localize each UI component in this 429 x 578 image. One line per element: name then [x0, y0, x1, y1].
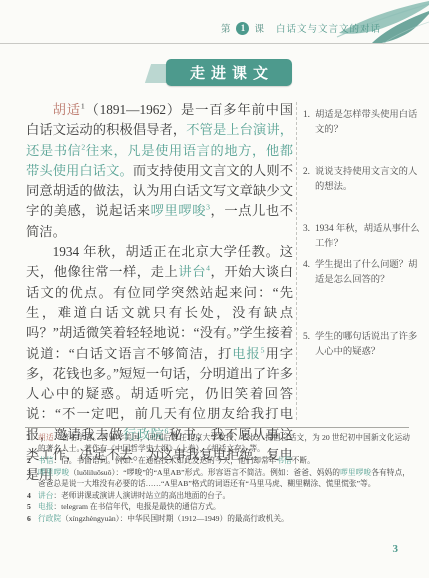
- footnote-run: 书信: [276, 456, 291, 465]
- footnotes: 1胡适：著名学者。曾留学美国，回国后曾任北京大学教授、校长。提倡白话文，为 20…: [27, 432, 410, 525]
- question-number: 4.: [303, 258, 315, 287]
- footnote-text: 啰里啰唆（luōliluōsuō）：“啰唆”的“A里AB”形式。形容语言不简洁。…: [38, 467, 410, 489]
- footnote-number: 6: [27, 513, 38, 524]
- footnote-run: 啰里啰唆: [38, 468, 69, 477]
- footnote-run: ：著名学者。曾留学美国，回国后曾任北京大学教授、校长。提倡白话文，为 20 世纪…: [38, 433, 410, 453]
- footnote-run: 不断。: [292, 456, 315, 465]
- footnote-item: 5电报：telegram 在书信年代，电报是最快的通信方式。: [27, 501, 410, 512]
- footnote-text: 行政院（xíngzhèngyuàn）：中华民国时期（1912—1949）的最高行…: [38, 513, 410, 524]
- text-run: 胡适: [53, 102, 81, 117]
- footnote-text: 讲台：老师讲课或演讲人演讲时站立的高出地面的台子。: [38, 490, 410, 501]
- lesson-prefix: 第: [221, 21, 232, 35]
- footnote-divider: [25, 427, 409, 428]
- footnote-number: 2: [27, 455, 38, 466]
- footnote-run: 啰里啰唆: [340, 468, 371, 477]
- question-item: 4.学生提出了什么问题？胡适是怎么回答的？: [303, 258, 421, 287]
- footnote-run: 电报: [38, 502, 53, 511]
- page-number: 3: [393, 543, 399, 555]
- question-item: 5.学生的哪句话说出了许多人心中的疑惑？: [303, 330, 421, 359]
- lesson-suffix: 课: [254, 21, 265, 35]
- footnote-run: ：信。书面语词。例如：在通信技术如此发达的今天，他们却常年: [53, 456, 276, 465]
- question-text: 学生提出了什么问题？胡适是怎么回答的？: [315, 258, 421, 287]
- footnote-text: 电报：telegram 在书信年代，电报是最快的通信方式。: [38, 501, 410, 512]
- footnote-run: （luōliluōsuō）：“啰唆”的“A里AB”形式。形容语言不简洁。例如：爸…: [69, 468, 340, 477]
- footnote-number: 5: [27, 501, 38, 512]
- footnote-number: 3: [27, 467, 38, 489]
- textbook-page: 第 1 课 白话文与文言文的对话 走进课文 胡适1（1891—1962）是一百多…: [0, 0, 429, 578]
- footnote-item: 1胡适：著名学者。曾留学美国，回国后曾任北京大学教授、校长。提倡白话文，为 20…: [27, 432, 410, 454]
- paragraph: 胡适1（1891—1962）是一百多年前中国白话文运动的积极倡导者，不管是上台演…: [26, 100, 293, 242]
- question-item: 1.胡适是怎样带头使用白话文的？: [303, 108, 421, 137]
- footnote-run: 书信: [38, 456, 53, 465]
- column-divider: [296, 102, 297, 420]
- footnote-text: 胡适：著名学者。曾留学美国，回国后曾任北京大学教授、校长。提倡白话文，为 20 …: [38, 432, 410, 454]
- question-text: 1934 年秋，胡适从事什么工作？: [315, 222, 421, 251]
- section-badge: 走进课文: [166, 59, 292, 86]
- footnote-number: 1: [27, 432, 38, 454]
- footnote-run: 讲台: [38, 491, 53, 500]
- question-text: 胡适是怎样带头使用白话文的？: [315, 108, 421, 137]
- footnote-run: 行政院: [38, 514, 61, 523]
- question-number: 1.: [303, 108, 315, 137]
- footnote-item: 6行政院（xíngzhèngyuàn）：中华民国时期（1912—1949）的最高…: [27, 513, 410, 524]
- footnote-run: （xíngzhèngyuàn）：中华民国时期（1912—1949）的最高行政机关…: [61, 514, 289, 523]
- footnote-item: 4讲台：老师讲课或演讲人演讲时站立的高出地面的台子。: [27, 490, 410, 501]
- question-text: 学生的哪句话说出了许多人心中的疑惑？: [315, 330, 421, 359]
- question-number: 2.: [303, 165, 315, 194]
- footnote-item: 2书信：信。书面语词。例如：在通信技术如此发达的今天，他们却常年书信不断。: [27, 455, 410, 466]
- footnote-run: 胡适: [38, 433, 54, 442]
- question-item: 3.1934 年秋，胡适从事什么工作？: [303, 222, 421, 251]
- text-run: 啰里啰唆: [151, 203, 206, 218]
- question-text: 说说支持使用文言文的人的想法。: [315, 165, 421, 194]
- text-run: 电报: [232, 346, 260, 361]
- question-item: 2.说说支持使用文言文的人的想法。: [303, 165, 421, 194]
- text-run: 讲台: [178, 264, 206, 279]
- question-number: 5.: [303, 330, 315, 359]
- footnote-number: 4: [27, 490, 38, 501]
- footnote-run: ：telegram 在书信年代，电报是最快的通信方式。: [53, 502, 220, 511]
- footnote-item: 3啰里啰唆（luōliluōsuō）：“啰唆”的“A里AB”形式。形容语言不简洁…: [27, 467, 410, 489]
- question-number: 3.: [303, 222, 315, 251]
- footnote-text: 书信：信。书面语词。例如：在通信技术如此发达的今天，他们却常年书信不断。: [38, 455, 410, 466]
- lesson-number-badge: 1: [236, 22, 249, 35]
- footnote-run: ：老师讲课或演讲人演讲时站立的高出地面的台子。: [53, 491, 230, 500]
